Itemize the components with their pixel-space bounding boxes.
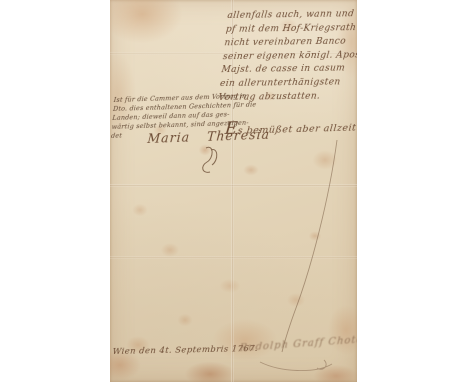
horizontal-fold-crease: [110, 184, 357, 187]
dateline: Wien den 4t. Septembris 1767.: [112, 344, 258, 357]
maria-theresia-signature: Maria Theresia: [147, 127, 271, 146]
main-text-block: allenfalls auch, wann und pf mit dem Hof…: [218, 8, 357, 105]
handwriting-line: allenfalls auch, wann und: [227, 8, 357, 23]
photo-canvas: allenfalls auch, wann und pf mit dem Hof…: [0, 0, 468, 382]
manuscript-paper: allenfalls auch, wann und pf mit dem Hof…: [110, 0, 357, 382]
countersignature: Rudolph Graff Chotek: [239, 334, 357, 354]
handwriting-line: ein allerunterthänigsten: [219, 76, 352, 91]
horizontal-fold-crease: [110, 256, 357, 259]
